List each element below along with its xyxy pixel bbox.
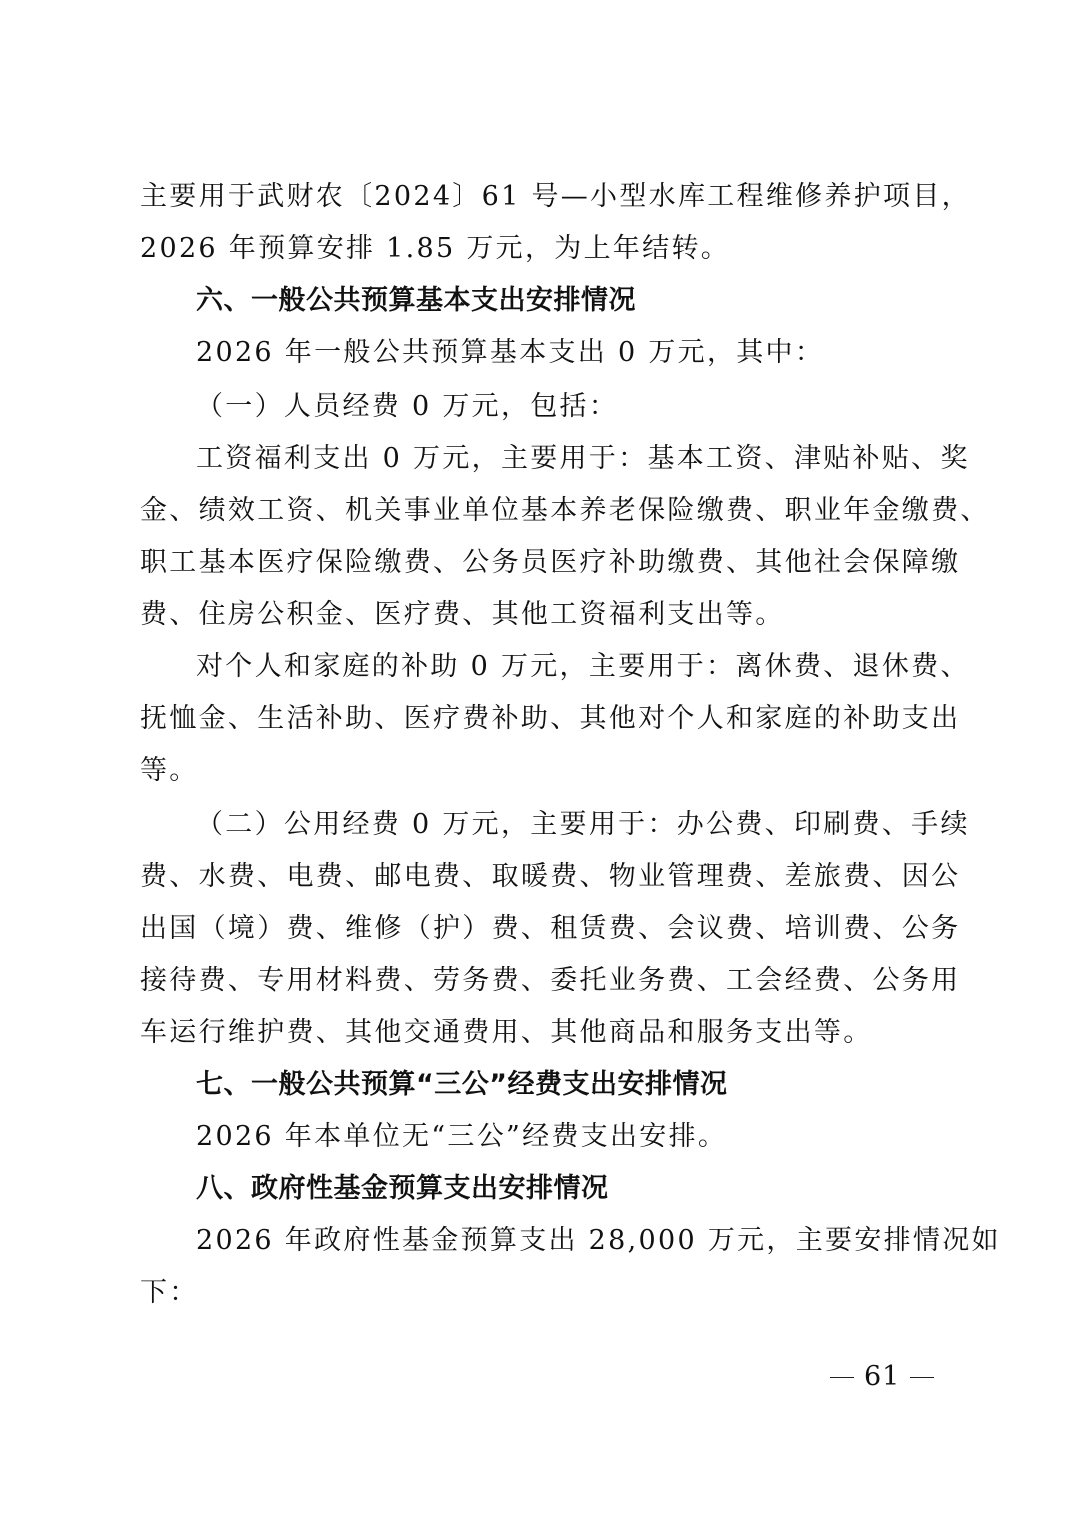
section-heading: 六、一般公共预算基本支出安排情况 [196, 284, 936, 318]
paragraph-line: 金、绩效工资、机关事业单位基本养老保险缴费、职业年金缴费、 [140, 494, 936, 528]
paragraph-line: 2026 年预算安排 1.85 万元，为上年结转。 [140, 232, 936, 266]
document-page: 主要用于武财农〔2024〕61 号—小型水库工程维修养护项目，2026 年预算安… [0, 0, 1074, 1520]
paragraph-line: 职工基本医疗保险缴费、公务员医疗补助缴费、其他社会保障缴 [140, 546, 936, 580]
paragraph-line: 车运行维护费、其他交通费用、其他商品和服务支出等。 [140, 1016, 936, 1050]
dash-right [910, 1377, 934, 1378]
paragraph-line: 主要用于武财农〔2024〕61 号—小型水库工程维修养护项目， [140, 180, 936, 214]
paragraph-line: 对个人和家庭的补助 0 万元，主要用于：离休费、退休费、 [196, 650, 936, 684]
paragraph-line: （二）公用经费 0 万元，主要用于：办公费、印刷费、手续 [196, 808, 936, 842]
paragraph-line: （一）人员经费 0 万元，包括： [196, 390, 936, 424]
paragraph-line: 等。 [140, 754, 936, 788]
paragraph-line: 工资福利支出 0 万元，主要用于：基本工资、津贴补贴、奖 [196, 442, 936, 476]
paragraph-line: 费、住房公积金、医疗费、其他工资福利支出等。 [140, 598, 936, 632]
paragraph-line: 2026 年一般公共预算基本支出 0 万元，其中： [196, 336, 936, 370]
paragraph-line: 抚恤金、生活补助、医疗费补助、其他对个人和家庭的补助支出 [140, 702, 936, 736]
page-number-footer: 61 [820, 1360, 944, 1394]
paragraph-line: 接待费、专用材料费、劳务费、委托业务费、工会经费、公务用 [140, 964, 936, 998]
paragraph-line: 下： [140, 1276, 936, 1310]
section-heading: 八、政府性基金预算支出安排情况 [196, 1172, 936, 1206]
page-number: 61 [864, 1361, 900, 1392]
paragraph-line: 费、水费、电费、邮电费、取暖费、物业管理费、差旅费、因公 [140, 860, 936, 894]
dash-left [830, 1377, 854, 1378]
section-heading: 七、一般公共预算“三公”经费支出安排情况 [196, 1068, 936, 1102]
paragraph-line: 2026 年本单位无“三公”经费支出安排。 [196, 1120, 936, 1154]
paragraph-line: 出国（境）费、维修（护）费、租赁费、会议费、培训费、公务 [140, 912, 936, 946]
paragraph-line: 2026 年政府性基金预算支出 28,000 万元，主要安排情况如 [196, 1224, 936, 1258]
